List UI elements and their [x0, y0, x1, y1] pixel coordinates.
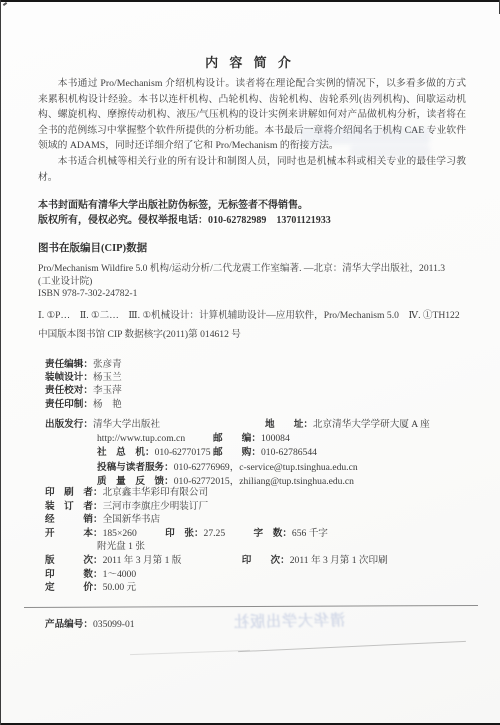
address-label: 地 址： — [265, 419, 313, 430]
binder-label: 装 订 者： — [45, 501, 103, 512]
cip-title-line: Pro/Mechanism Wildfire 5.0 机构/运动分析/二代龙震工… — [38, 263, 473, 276]
price-value: 50.00 元 — [103, 582, 137, 593]
zip-value: 100084 — [261, 433, 290, 444]
scan-corner-artifact — [3, 2, 7, 6]
publisher-url: http://www.tup.com.cn — [97, 433, 185, 444]
page-title: 内 容 简 介 — [0, 52, 500, 71]
cip-heading: 图书在版编目(CIP)数据 — [38, 240, 473, 255]
cip-record-line: 中国版本图书馆 CIP 数据核字(2011)第 014612 号 — [38, 329, 473, 342]
distributor-row: 经 销：全国新华书店 — [45, 513, 475, 527]
cip-series-line: (工业设计院) — [38, 276, 473, 289]
publisher-label: 出版发行： — [45, 419, 93, 430]
switchboard-row: 社 总 机：010-62770175 邮 购：010-62786544 — [45, 446, 475, 460]
copyright-page: 内 容 简 介 本书通过 Pro/Mechanism 介绍机构设计。读者将在理论… — [0, 0, 500, 725]
distributor-label: 经 销： — [45, 514, 103, 525]
credit-value: 张彦青 — [93, 359, 122, 370]
print-run-label: 印 数： — [45, 569, 103, 580]
credit-label: 装帧设计： — [45, 372, 93, 383]
switchboard-label: 社 总 机： — [97, 447, 155, 458]
show-through-artifact — [300, 128, 430, 144]
reader-service-label: 投稿与读者服务： — [97, 462, 174, 473]
credit-label: 责任印制： — [45, 399, 93, 410]
credit-value: 杨玉兰 — [93, 372, 122, 383]
credit-row-designer: 装帧设计：杨玉兰 — [45, 371, 122, 384]
mailorder-cell: 邮 购：010-62786544 — [213, 446, 317, 460]
publisher-value: 清华大学出版社 — [93, 419, 160, 430]
switchboard-value: 010-62770175 — [155, 447, 211, 458]
website-row: http://www.tup.com.cn 邮 编：100084 — [45, 432, 475, 446]
copyright-notice: 本书封面贴有清华大学出版社防伪标签，无标签者不得销售。 版权所有，侵权必究。侵权… — [38, 198, 468, 228]
format-value: 185×260 — [103, 528, 137, 539]
cip-classification-line: Ⅰ. ①P… Ⅱ. ①二… Ⅲ. ①机械设计：计算机辅助设计—应用软件，Pro/… — [38, 310, 473, 323]
intro-paragraph-2: 本书适合机械等相关行业的所有设计和制图人员，同时也是机械本科或相关专业的最佳学习… — [38, 154, 466, 185]
page-crease-artifact — [238, 641, 466, 652]
print-run-value: 1～4000 — [103, 569, 137, 580]
publisher-row: 出版发行：清华大学出版社 地 址：北京清华大学学研大厦 A 座 — [45, 418, 475, 432]
cd-note: 附光盘 1 张 — [97, 541, 145, 552]
credit-value: 李玉萍 — [93, 385, 122, 396]
edition-value: 2011 年 3 月第 1 版 — [103, 555, 182, 566]
cip-isbn-line: ISBN 978-7-302-24782-1 — [38, 288, 473, 301]
price-row: 定 价：50.00 元 — [45, 581, 475, 595]
credit-value: 杨 艳 — [93, 399, 122, 410]
price-label: 定 价： — [45, 582, 103, 593]
rights-reserved-line: 版权所有，侵权必究。侵权举报电话：010-62782989 1370112193… — [38, 213, 468, 228]
impression-label: 印 次： — [242, 555, 290, 566]
printer-value: 北京鑫丰华彩印有限公司 — [103, 487, 209, 498]
credit-label: 责任校对： — [45, 385, 93, 396]
credit-row-editor: 责任编辑：张彦青 — [45, 358, 122, 371]
printer-row: 印 刷 者：北京鑫丰华彩印有限公司 — [45, 486, 475, 500]
address-cell: 地 址：北京清华大学学研大厦 A 座 — [265, 418, 430, 432]
scan-edge-left — [0, 0, 1, 725]
sheets-label: 印 张： — [165, 528, 203, 539]
cd-note-row: 附光盘 1 张 — [45, 540, 475, 554]
product-number-label: 产品编号： — [45, 619, 93, 630]
credit-row-print-supervisor: 责任印制：杨 艳 — [45, 398, 122, 411]
binder-row: 装 订 者：三河市李旗庄少明装订厂 — [45, 500, 475, 514]
credit-label: 责任编辑： — [45, 359, 93, 370]
publisher-section: 出版发行：清华大学出版社 地 址：北京清华大学学研大厦 A 座 http://w… — [45, 418, 475, 489]
footer-divider — [24, 605, 478, 608]
mailorder-label: 邮 购： — [213, 447, 261, 458]
credits-section: 责任编辑：张彦青 装帧设计：杨玉兰 责任校对：李玉萍 责任印制：杨 艳 — [45, 358, 122, 411]
format-label: 开 本： — [45, 528, 103, 539]
printer-label: 印 刷 者： — [45, 487, 103, 498]
product-number-value: 035099-01 — [93, 619, 135, 630]
scan-edge-top — [0, 0, 500, 2]
edition-row: 版 次：2011 年 3 月第 1 版 印 次：2011 年 3 月第 1 次印… — [45, 554, 475, 568]
print-run-row: 印 数：1～4000 — [45, 568, 475, 582]
reader-service-row: 投稿与读者服务：010-62776969，c-service@tup.tsing… — [45, 461, 475, 475]
address-value: 北京清华大学学研大厦 A 座 — [313, 419, 430, 430]
page-crease-artifact — [130, 650, 250, 655]
cip-section: 图书在版编目(CIP)数据 Pro/Mechanism Wildfire 5.0… — [38, 240, 473, 342]
mailorder-value: 010-62786544 — [261, 447, 317, 458]
credit-row-proofreader: 责任校对：李玉萍 — [45, 384, 122, 397]
show-through-imprint-text: 清华大学出版社 — [215, 609, 345, 632]
format-row: 开 本：185×260 印 张：27.25 字 数：656 千字 — [45, 527, 475, 541]
product-number-row: 产品编号：035099-01 — [45, 616, 135, 630]
distributor-value: 全国新华书店 — [103, 514, 161, 525]
show-through-artifact — [350, 145, 430, 158]
zip-cell: 邮 编：100084 — [213, 432, 290, 446]
reader-service-value: 010-62776969，c-service@tup.tsinghua.edu.… — [174, 462, 358, 473]
impression-value: 2011 年 3 月第 1 次印刷 — [290, 555, 388, 566]
zip-label: 邮 编： — [213, 433, 261, 444]
sheets-value: 27.25 — [204, 528, 226, 539]
printing-section: 印 刷 者：北京鑫丰华彩印有限公司 装 订 者：三河市李旗庄少明装订厂 经 销：… — [45, 486, 475, 595]
wordcount-value: 656 千字 — [292, 528, 328, 539]
edition-label: 版 次： — [45, 555, 103, 566]
anti-counterfeit-line: 本书封面贴有清华大学出版社防伪标签，无标签者不得销售。 — [38, 198, 468, 213]
wordcount-label: 字 数： — [254, 528, 292, 539]
binder-value: 三河市李旗庄少明装订厂 — [103, 501, 209, 512]
